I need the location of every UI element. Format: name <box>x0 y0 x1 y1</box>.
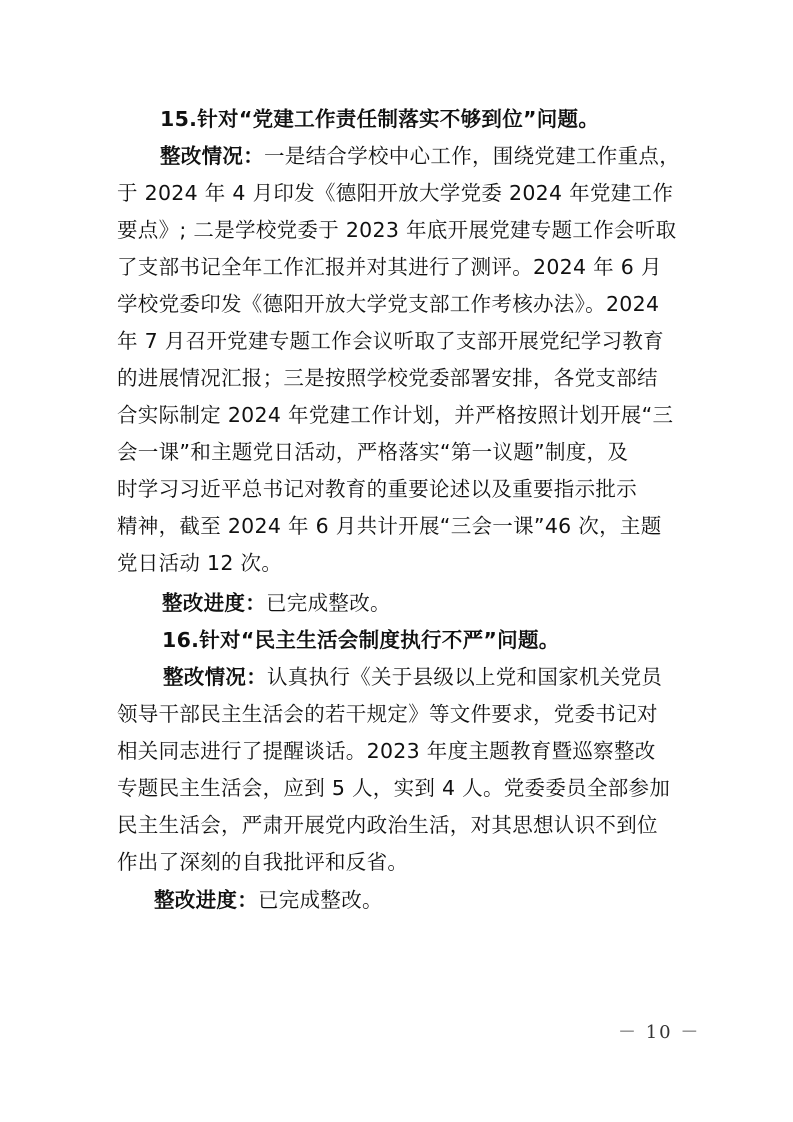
section-15-status-line-8: 会一课”和主题党日活动，严格落实“第一议题”制度，及 <box>117 437 677 467</box>
status-label: 整改情况： <box>163 665 267 689</box>
section-15-status-line-4: 学校党委印发《德阳开放大学党支部工作考核办法》。2024 <box>117 289 677 319</box>
progress-label: 整改进度： <box>162 591 266 615</box>
section-15-status-line-5: 年 7 月召开党建专题工作会议听取了支部开展党纪学习教育 <box>117 326 677 356</box>
section-15-status-line-0: 整改情况：一是结合学校中心工作，围绕党建工作重点， <box>160 141 720 171</box>
document-page: 15.针对“党建工作责任制落实不够到位”问题。 整改情况：一是结合学校中心工作，… <box>0 0 793 1122</box>
section-16-heading: 16.针对“民主生活会制度执行不严”问题。 <box>162 625 722 655</box>
status-text: 认真执行《关于县级以上党和国家机关党员 <box>267 665 662 689</box>
status-text: 一是结合学校中心工作，围绕党建工作重点， <box>264 144 680 168</box>
section-16-status-line-0: 整改情况：认真执行《关于县级以上党和国家机关党员 <box>163 662 723 692</box>
section-16-status-line-3: 专题民主生活会，应到 5 人，实到 4 人。党委委员全部参加 <box>117 773 677 803</box>
progress-value: 已完成整改。 <box>266 591 391 615</box>
section-16-progress: 整改进度：已完成整改。 <box>154 885 714 915</box>
section-15-status-line-9: 时学习习近平总书记对教育的重要论述以及重要指示批示 <box>117 474 677 504</box>
section-15-status-line-11: 党日活动 12 次。 <box>117 548 677 578</box>
section-15-status-line-7: 合实际制定 2024 年党建工作计划，并严格按照计划开展“三 <box>117 400 677 430</box>
progress-value: 已完成整改。 <box>258 888 383 912</box>
page-number: － 10 － <box>618 1018 700 1044</box>
section-15-progress: 整改进度：已完成整改。 <box>162 588 722 618</box>
section-15-status-line-6: 的进展情况汇报；三是按照学校党委部署安排，各党支部结 <box>117 363 677 393</box>
section-15-status-line-1: 于 2024 年 4 月印发《德阳开放大学党委 2024 年党建工作 <box>117 178 677 208</box>
section-16-status-line-1: 领导干部民主生活会的若干规定》等文件要求，党委书记对 <box>117 699 677 729</box>
section-15-status-line-2: 要点》; 二是学校党委于 2023 年底开展党建专题工作会听取 <box>117 215 677 245</box>
section-16-status-line-2: 相关同志进行了提醒谈话。2023 年度主题教育暨巡察整改 <box>117 736 677 766</box>
section-16-status-line-5: 作出了深刻的自我批评和反省。 <box>117 847 677 877</box>
progress-label: 整改进度： <box>154 888 258 912</box>
status-label: 整改情况： <box>160 144 264 168</box>
section-15-heading: 15.针对“党建工作责任制落实不够到位”问题。 <box>160 104 720 134</box>
section-15-status-line-3: 了支部书记全年工作汇报并对其进行了测评。2024 年 6 月 <box>117 252 677 282</box>
section-16-status-line-4: 民主生活会，严肃开展党内政治生活，对其思想认识不到位 <box>117 810 677 840</box>
section-15-status-line-10: 精神，截至 2024 年 6 月共计开展“三会一课”46 次，主题 <box>117 511 677 541</box>
